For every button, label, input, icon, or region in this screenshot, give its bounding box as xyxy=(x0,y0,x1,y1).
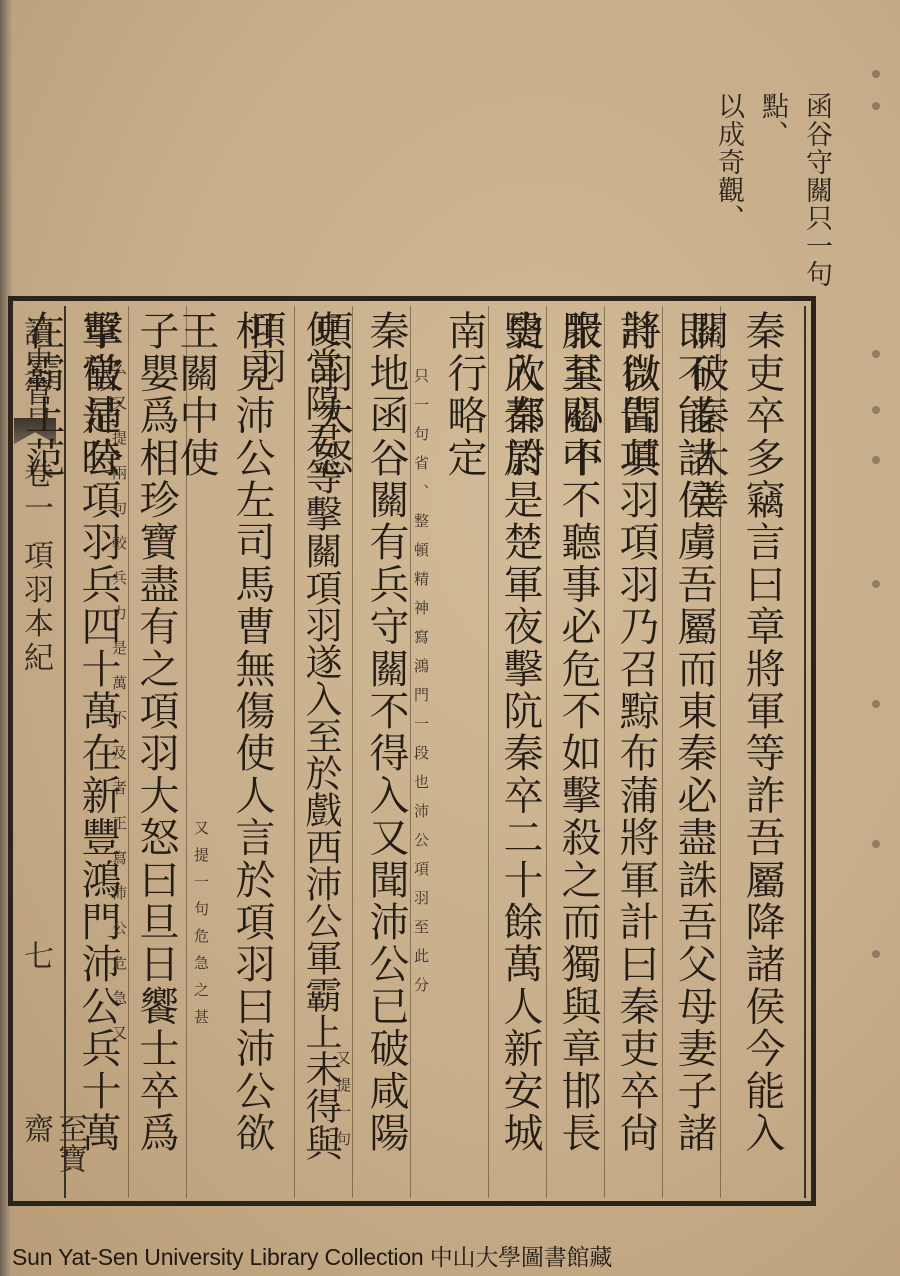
binding-hole xyxy=(872,70,880,78)
page-number: 七 xyxy=(18,940,52,970)
library-watermark: Sun Yat-Sen University Library Collectio… xyxy=(12,1239,612,1272)
binding-hole xyxy=(872,840,880,848)
annotation-line-1: 函谷守關只一句點、 xyxy=(757,92,832,288)
text-column-3: 計以告項羽項羽乃召黥布蒲將軍計曰秦吏卒尙衆其心不 xyxy=(608,310,664,1190)
binding-hole xyxy=(872,350,880,358)
top-margin-annotation: 函谷守關只一句點、 以成奇觀、 xyxy=(706,92,838,307)
binding-hole xyxy=(872,102,880,110)
text-column-6: 秦地函谷關有兵守關不得入又聞沛公已破咸陽項羽大怒 xyxy=(358,310,414,1190)
interlinear-gloss-1: 只一句省、整頓精神寫鴻門一段也沛公項羽至此分 xyxy=(412,368,430,1168)
binding-hole xyxy=(872,456,880,464)
binding-hole xyxy=(872,406,880,414)
text-column-9: 子嬰爲相珍寶盡有之項羽大怒曰旦日饗士卒爲擊破沛公 xyxy=(128,310,184,1190)
text-column-1: 秦吏卒多竊言曰章將軍等詐吾屬降諸侯今能入關破秦大善 xyxy=(734,310,790,1190)
watermark-english: Sun Yat-Sen University Library Collectio… xyxy=(12,1244,430,1270)
interlinear-gloss-4: 么又提兩句較兵力是萬不及者正寫沛公危急又 xyxy=(110,360,128,1200)
watermark-chinese: 中山大學圖書館藏 xyxy=(430,1245,612,1271)
text-column-5: 翳入秦於是楚軍夜擊阬秦卒二十餘萬人新安城南行略定 xyxy=(492,310,548,1190)
chapter-label: 卷一 項羽本紀 xyxy=(18,458,52,676)
interlinear-gloss-3: 又提一句危急之甚 xyxy=(192,820,210,1060)
interlinear-gloss-2: 又提一句 xyxy=(334,1050,352,1200)
text-column-2: 即不能諸侯虜吾屬而東秦必盡誅吾父母妻子諸將微聞其 xyxy=(666,310,722,1190)
binding-hole xyxy=(872,580,880,588)
text-column-8: 相見沛公左司馬曹無傷使人言於項羽曰沛公欲王關中使 xyxy=(224,310,280,1190)
binding-hole xyxy=(872,950,880,958)
text-column-4: 服至關中不聽事必危不如擊殺之而獨與章邯長史欣都尉 xyxy=(550,310,606,1190)
binding-hole xyxy=(872,700,880,708)
binding-holes xyxy=(872,60,886,960)
annotation-line-2: 以成奇觀、 xyxy=(713,92,744,232)
